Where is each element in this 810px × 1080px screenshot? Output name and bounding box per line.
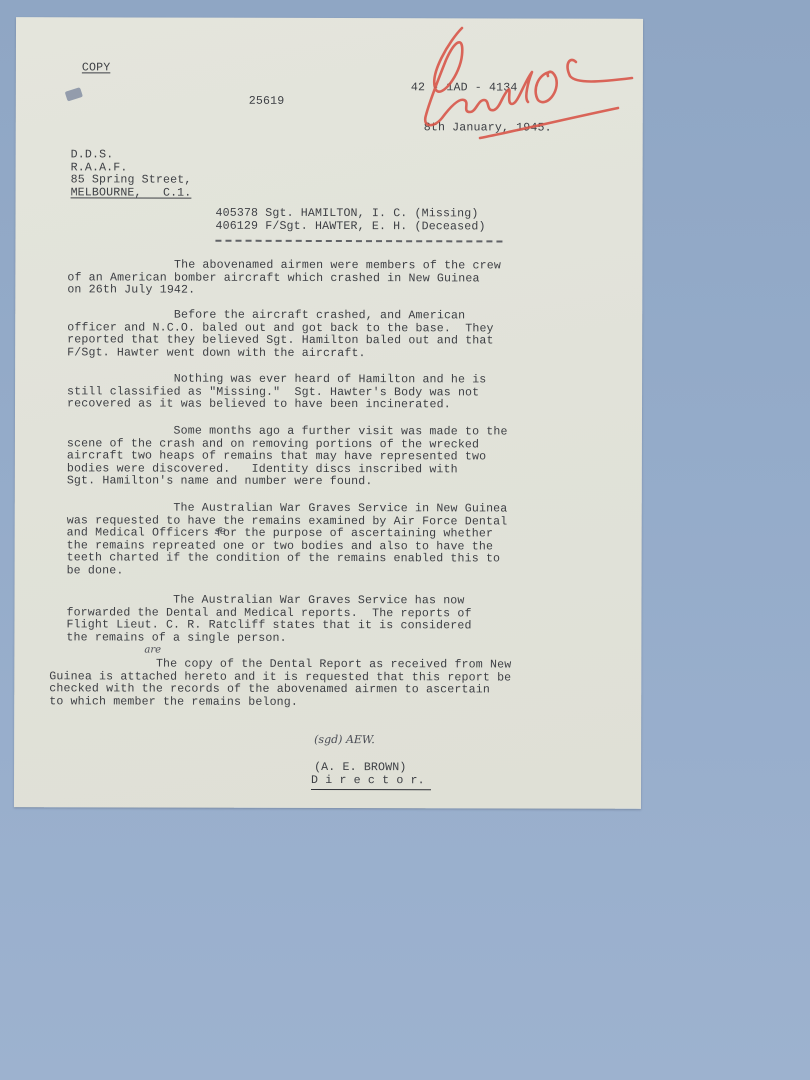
signatory-name: (A. E. BROWN) xyxy=(314,762,406,775)
addressee-block: D.D.S. R.A.A.F. 85 Spring Street, MELBOU… xyxy=(71,149,192,200)
paragraph-5: The Australian War Graves Service in New… xyxy=(67,502,508,579)
addressee-city: MELBOURNE, C.1. xyxy=(71,187,192,200)
text-line: Sgt. Hamilton's name and number were fou… xyxy=(67,476,508,490)
signatory-title: D i r e c t o r. xyxy=(311,775,425,788)
handwritten-insertion: se xyxy=(215,526,226,537)
signature-underline xyxy=(311,789,431,790)
paragraph-4: Some months ago a further visit was made… xyxy=(67,425,508,489)
addressee-line: D.D.S. xyxy=(71,149,192,162)
subject-line: 406129 F/Sgt. HAWTER, E. H. (Deceased) xyxy=(215,220,485,233)
signature-initials: (sgd) AEW. xyxy=(314,733,375,746)
subject-rule xyxy=(215,240,502,243)
paragraph-3: Nothing was ever heard of Hamilton and h… xyxy=(67,373,486,412)
text-line: recovered as it was believed to have bee… xyxy=(67,399,486,413)
text-line: be done. xyxy=(67,565,508,579)
paragraph-2: Before the aircraft crashed, and America… xyxy=(67,309,494,360)
handwritten-insertion: are xyxy=(144,645,161,656)
subject-block: 405378 Sgt. HAMILTON, I. C. (Missing) 40… xyxy=(215,208,485,234)
text-line: teeth charted if the condition of the re… xyxy=(67,553,508,567)
paragraph-6: The Australian War Graves Service has no… xyxy=(66,594,471,645)
paragraph-7: The copy of the Dental Report as receive… xyxy=(49,658,511,710)
red-pencil-annotation xyxy=(400,20,650,150)
text-line: to which member the remains belong. xyxy=(49,696,511,710)
file-number: 25619 xyxy=(249,96,285,109)
text-line: on 26th July 1942. xyxy=(67,285,501,299)
copy-stamp: COPY xyxy=(82,62,110,75)
text-line: F/Sgt. Hawter went down with the aircraf… xyxy=(67,347,493,361)
paper-clip-mark xyxy=(65,87,83,101)
text-line: the remains of a single person. xyxy=(66,632,471,646)
paragraph-1: The abovenamed airmen were members of th… xyxy=(67,259,501,298)
